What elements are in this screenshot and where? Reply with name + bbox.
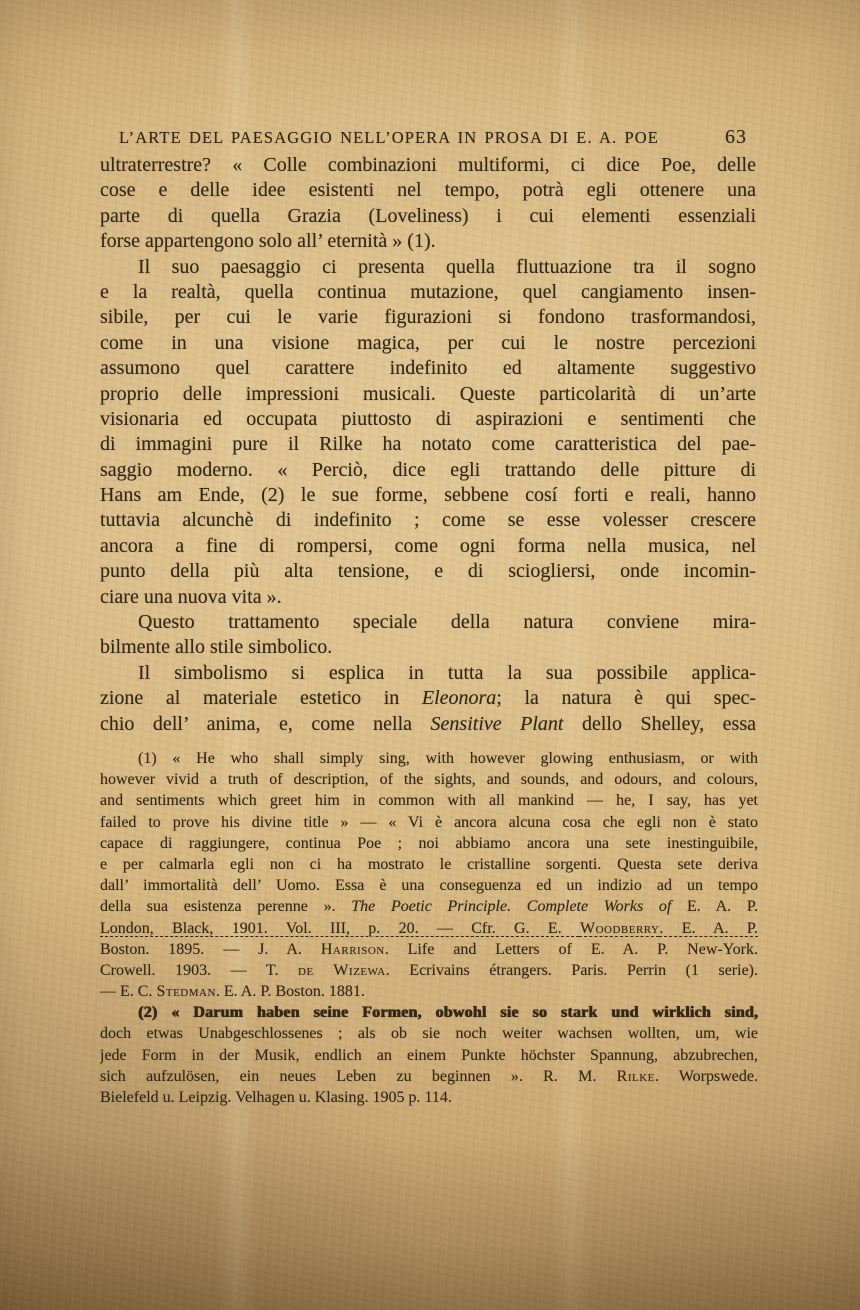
text-line: Hans am Ende, (2) le sue forme, sebbene …	[100, 483, 756, 508]
text-segment: ciare una nuova vita ».	[100, 586, 282, 608]
running-title: L’ARTE DEL PAESAGGIO NELL’OPERA IN PROSA…	[119, 128, 659, 148]
text-segment: and sentiments which greet him in common…	[100, 792, 758, 809]
text-segment: tuttavia alcunchè di indefinito ; come s…	[100, 509, 756, 531]
text-segment: Crowell. 1903. — T.	[100, 962, 298, 979]
text-segment: zione al materiale estetico in	[100, 687, 422, 709]
text-segment: cose e delle idee esistenti nel tempo, p…	[100, 179, 756, 201]
text-segment: doch etwas Unabgeschlossenes ; als ob si…	[100, 1025, 758, 1042]
text-segment: . E. A. P.	[659, 920, 758, 937]
text-line: tuttavia alcunchè di indefinito ; come s…	[100, 508, 756, 533]
text-line: capace di raggiungere, continua Poe ; no…	[100, 833, 758, 854]
paragraph: (2) « Darum haben seine Formen, obwohl s…	[100, 1002, 758, 1108]
text-line: saggio moderno. « Perciò, dice egli trat…	[100, 458, 756, 483]
text-segment: dall’ immortalità dell’ Uomo. Essa è una…	[100, 877, 758, 894]
text-segment: della sua esistenza perenne ».	[100, 898, 351, 915]
text-segment: di immagini pure il Rilke ha notato come…	[100, 433, 756, 455]
text-line: visionaria ed occupata piuttosto di aspi…	[100, 407, 756, 432]
text-segment: bilmente allo stile simbolico.	[100, 636, 332, 658]
text-line: ancora a fine di rompersi, come ogni for…	[100, 534, 756, 559]
text-segment: dello Shelley, essa	[563, 713, 756, 735]
text-segment: E. A. P.	[671, 898, 758, 915]
text-line: forse appartengono solo all’ eternità » …	[100, 229, 756, 254]
text-segment: e per calmarla egli non ci ha mostrato l…	[100, 856, 758, 873]
text-line: Crowell. 1903. — T. de Wizewa. Ecrivains…	[100, 960, 758, 981]
text-line: (2) « Darum haben seine Formen, obwohl s…	[100, 1002, 758, 1023]
paragraph: Il simbolismo si esplica in tutta la sua…	[100, 661, 756, 737]
text-segment: Questo trattamento speciale della natura…	[138, 611, 756, 633]
text-segment: e la realtà, quella continua mutazione, …	[100, 281, 756, 303]
text-segment: chio dell’ anima, e, come nella	[100, 713, 431, 735]
text-segment: forse appartengono solo all’ eternità » …	[100, 230, 436, 252]
paragraph: ultraterrestre? « Colle combinazioni mul…	[100, 153, 756, 255]
text-line: jede Form in der Musik, endlich an einem…	[100, 1045, 758, 1066]
paragraph: Questo trattamento speciale della natura…	[100, 610, 756, 661]
text-line: and sentiments which greet him in common…	[100, 790, 758, 811]
text-segment: punto della più alta tensione, e di scio…	[100, 560, 756, 582]
footnotes: (1) « He who shall simply sing, with how…	[100, 748, 758, 1108]
text-line: failed to prove his divine title » — « V…	[100, 812, 758, 833]
page-number: 63	[725, 126, 747, 149]
text-line: punto della più alta tensione, e di scio…	[100, 559, 756, 584]
text-segment: ; la natura è qui spec-	[496, 687, 756, 709]
text-segment: Rilke	[617, 1068, 655, 1085]
text-line: London, Black, 1901. Vol. III, p. 20. — …	[100, 918, 758, 939]
text-segment: capace di raggiungere, continua Poe ; no…	[100, 835, 758, 852]
text-segment: Il simbolismo si esplica in tutta la sua…	[138, 662, 756, 684]
text-line: ultraterrestre? « Colle combinazioni mul…	[100, 153, 756, 178]
text-line: dall’ immortalità dell’ Uomo. Essa è una…	[100, 875, 758, 896]
text-segment: Il suo paesaggio ci presenta quella flut…	[138, 256, 756, 278]
text-line: assumono quel carattere indefinito ed al…	[100, 356, 756, 381]
text-line: sich aufzulösen, ein neues Leben zu begi…	[100, 1066, 758, 1087]
text-line: cose e delle idee esistenti nel tempo, p…	[100, 178, 756, 203]
text-segment: proprio delle impressioni musicali. Ques…	[100, 383, 756, 405]
text-segment: (2) « Darum haben seine Formen, obwohl s…	[138, 1004, 758, 1021]
text-line: Il suo paesaggio ci presenta quella flut…	[100, 255, 756, 280]
text-line: chio dell’ anima, e, come nella Sensitiv…	[100, 712, 756, 737]
body-text: ultraterrestre? « Colle combinazioni mul…	[100, 153, 756, 737]
text-segment: Bielefeld u. Leipzig. Velhagen u. Klasin…	[100, 1089, 452, 1106]
text-segment: Woodberry	[580, 920, 660, 937]
text-segment: jede Form in der Musik, endlich an einem…	[100, 1047, 758, 1064]
text-segment: come in una visione magica, per cui le n…	[100, 332, 756, 354]
text-segment: however vivid a truth of description, of…	[100, 771, 758, 788]
paragraph: Il suo paesaggio ci presenta quella flut…	[100, 255, 756, 610]
text-line: Il simbolismo si esplica in tutta la sua…	[100, 661, 756, 686]
text-line: parte di quella Grazia (Loveliness) i cu…	[100, 204, 756, 229]
text-segment: — E. C.	[100, 983, 156, 1000]
text-line: however vivid a truth of description, of…	[100, 769, 758, 790]
text-line: Boston. 1895. — J. A. Harrison. Life and…	[100, 939, 758, 960]
text-line: e la realtà, quella continua mutazione, …	[100, 280, 756, 305]
text-segment: visionaria ed occupata piuttosto di aspi…	[100, 408, 756, 430]
text-line: della sua esistenza perenne ». The Poeti…	[100, 896, 758, 917]
text-segment: . Ecrivains étrangers. Paris. Perrin (1 …	[386, 962, 758, 979]
text-line: come in una visione magica, per cui le n…	[100, 331, 756, 356]
text-line: zione al materiale estetico in Eleonora;…	[100, 686, 756, 711]
text-line: sibile, per cui le varie figurazioni si …	[100, 305, 756, 330]
text-segment: . Life and Letters of E. A. P. New-York.	[385, 941, 758, 958]
text-segment: sich aufzulösen, ein neues Leben zu begi…	[100, 1068, 617, 1085]
text-segment: assumono quel carattere indefinito ed al…	[100, 357, 756, 379]
scanned-page: L’ARTE DEL PAESAGGIO NELL’OPERA IN PROSA…	[0, 0, 860, 1310]
text-line: (1) « He who shall simply sing, with how…	[100, 748, 758, 769]
text-line: ciare una nuova vita ».	[100, 585, 756, 610]
text-segment: ultraterrestre? « Colle combinazioni mul…	[100, 154, 756, 176]
text-segment: . Worpswede.	[655, 1068, 758, 1085]
text-segment: Harrison	[321, 941, 385, 958]
text-segment: . E. A. P. Boston. 1881.	[216, 983, 365, 1000]
paragraph: (1) « He who shall simply sing, with how…	[100, 748, 758, 1002]
text-segment: Hans am Ende, (2) le sue forme, sebbene …	[100, 484, 756, 506]
text-segment: Eleonora	[422, 687, 496, 709]
text-segment: (1) « He who shall simply sing, with how…	[138, 750, 758, 767]
text-segment: saggio moderno. « Perciò, dice egli trat…	[100, 459, 756, 481]
text-segment: London, Black, 1901. Vol. III, p. 20. — …	[100, 920, 580, 937]
text-line: di immagini pure il Rilke ha notato come…	[100, 432, 756, 457]
running-header: L’ARTE DEL PAESAGGIO NELL’OPERA IN PROSA…	[119, 126, 747, 149]
text-segment: Boston. 1895. — J. A.	[100, 941, 321, 958]
text-line: bilmente allo stile simbolico.	[100, 635, 756, 660]
text-line: proprio delle impressioni musicali. Ques…	[100, 382, 756, 407]
text-line: doch etwas Unabgeschlossenes ; als ob si…	[100, 1023, 758, 1044]
text-segment: ancora a fine di rompersi, come ogni for…	[100, 535, 756, 557]
text-segment: The Poetic Principle. Complete Works of	[351, 898, 671, 915]
text-segment: Sensitive Plant	[431, 713, 564, 735]
text-segment: de Wizewa	[298, 962, 386, 979]
text-segment: failed to prove his divine title » — « V…	[100, 814, 758, 831]
text-line: — E. C. Stedman. E. A. P. Boston. 1881.	[100, 981, 758, 1002]
text-segment: Stedman	[156, 983, 215, 1000]
text-line: e per calmarla egli non ci ha mostrato l…	[100, 854, 758, 875]
text-line: Bielefeld u. Leipzig. Velhagen u. Klasin…	[100, 1087, 758, 1108]
text-line: Questo trattamento speciale della natura…	[100, 610, 756, 635]
text-segment: sibile, per cui le varie figurazioni si …	[100, 306, 756, 328]
text-segment: parte di quella Grazia (Loveliness) i cu…	[100, 205, 756, 227]
